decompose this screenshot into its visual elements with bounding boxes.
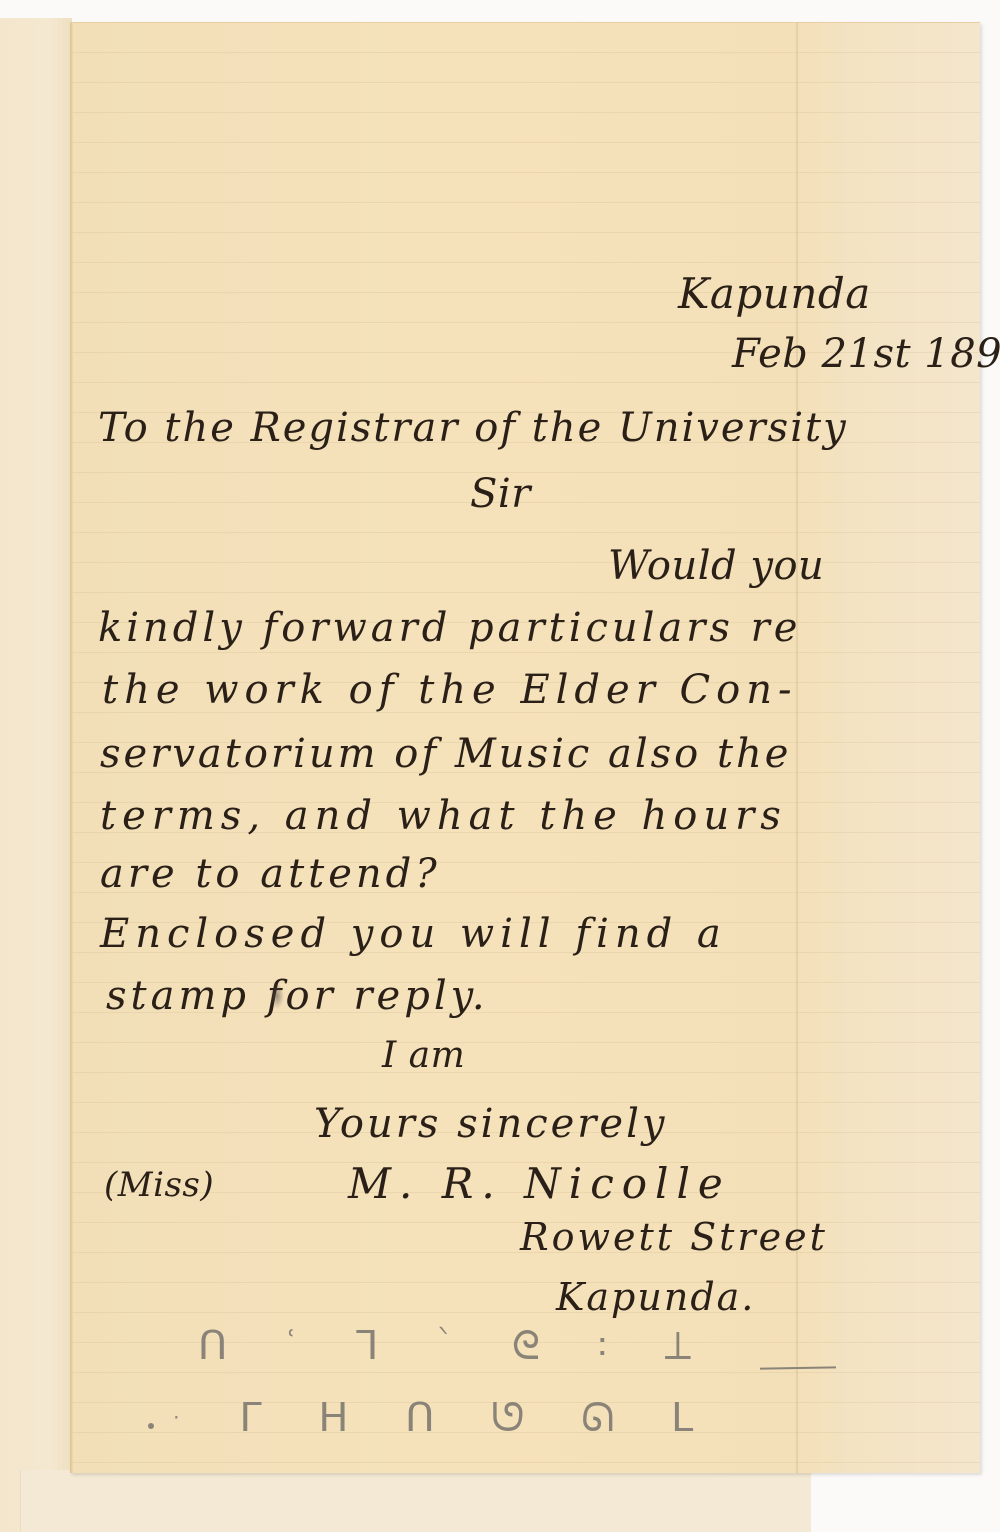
signature-title: (Miss) xyxy=(104,1165,214,1205)
salutation: Sir xyxy=(470,471,531,517)
signature-name: M. R. Nicolle xyxy=(348,1159,731,1208)
address-town: Kapunda. xyxy=(556,1275,755,1319)
body-line-2: kindly forward particulars re xyxy=(98,605,801,651)
body-line-6: are to attend? xyxy=(100,851,441,897)
sheet-left-edge xyxy=(70,23,73,1473)
left-adjacent-page xyxy=(0,18,72,1532)
letter-place: Kapunda xyxy=(678,269,871,318)
address-street: Rowett Street xyxy=(520,1215,828,1259)
body-line-5: terms, and what the hours xyxy=(100,793,787,839)
body-line-7: Enclosed you will find a xyxy=(100,911,727,957)
ink-smudge xyxy=(270,983,284,1009)
recipient-line: To the Registrar of the University xyxy=(98,405,848,451)
pencil-shorthand-line-2: · ᒥ ᕼ ᑎ ᘎ ᘏ ᒪ xyxy=(170,1395,715,1441)
letter-date: Feb 21st 1899 xyxy=(732,331,1000,377)
closing-line-1: I am xyxy=(382,1035,465,1076)
pencil-shorthand-line-1: ᑎ ʿ ᒣ ˋ ᘓ ꞉ ⟂ xyxy=(198,1323,713,1369)
body-line-4: servatorium of Music also the xyxy=(100,731,791,777)
pencil-dot xyxy=(148,1423,154,1429)
body-line-8: stamp for reply. xyxy=(106,973,489,1019)
body-line-3: the work of the Elder Con- xyxy=(102,667,798,713)
body-line-1: Would you xyxy=(608,543,824,589)
letter-sheet: Kapunda Feb 21st 1899 To the Registrar o… xyxy=(70,22,980,1473)
pencil-underline xyxy=(760,1366,836,1369)
underlying-sheet xyxy=(20,1470,811,1532)
closing-line-2: Yours sincerely xyxy=(314,1101,667,1147)
